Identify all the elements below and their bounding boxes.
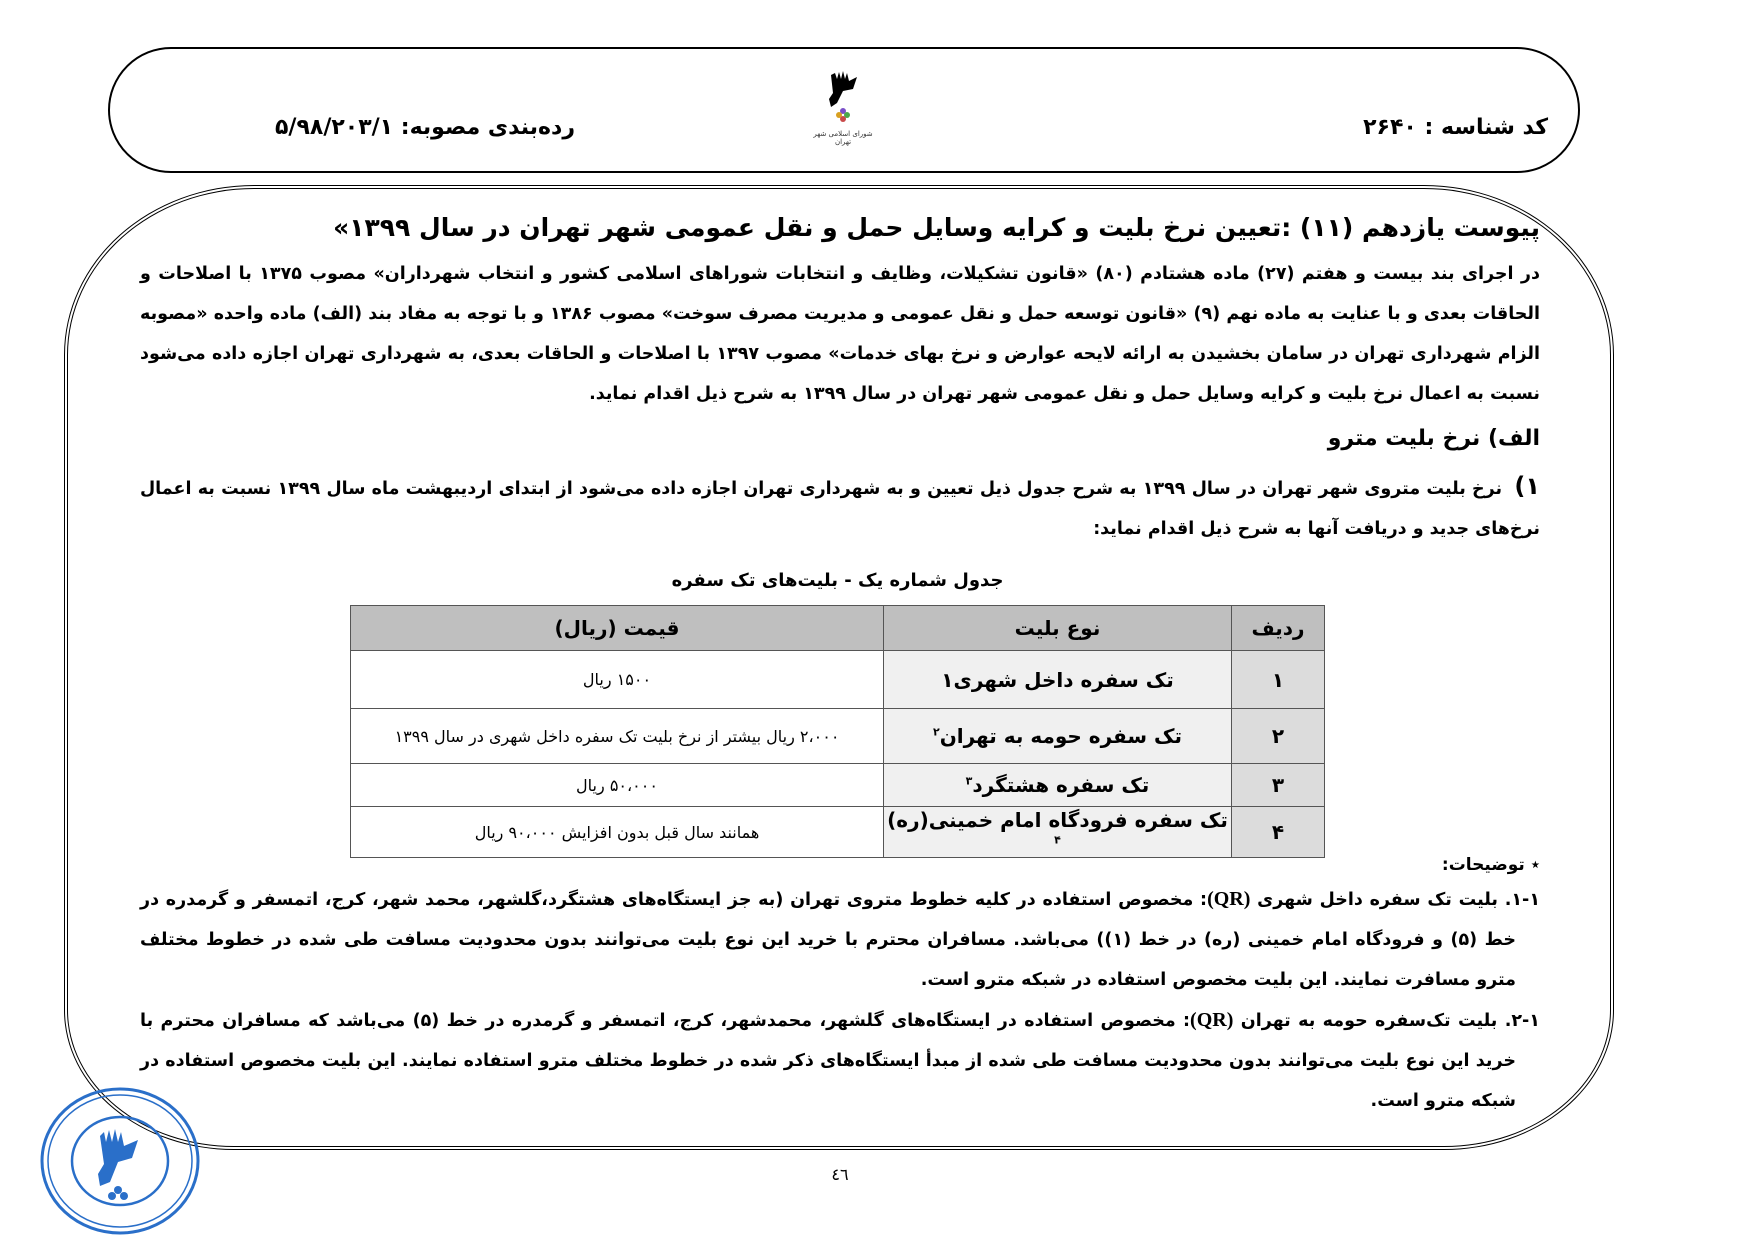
note-item: ۱-۱. بلیت تک سفره داخل شهری (QR): مخصوص …: [140, 879, 1540, 1000]
ticket-type-label: تک سفره فرودگاه امام خمینی(ره): [887, 808, 1228, 832]
id-code: کد شناسه : ۲۶۴۰: [1363, 115, 1548, 140]
note-item: ۲-۱. بلیت تک‌سفره حومه به تهران (QR): مخ…: [140, 1000, 1540, 1121]
fare-table: ردیف نوع بلیت قیمت (ریال) ۱ تک سفره داخل…: [350, 605, 1325, 858]
notes-title: ٭ توضیحات:: [140, 855, 1540, 875]
item-1: ۱) نرخ بلیت متروی شهر تهران در سال ۱۳۹۹ …: [140, 466, 1540, 549]
row-number: ۲: [1232, 709, 1325, 764]
note-qr: (QR): [1207, 888, 1250, 910]
classification-label: رده‌بندی مصوبه:: [401, 115, 575, 140]
table-row: ۳ تک سفره هشتگرد۳ ۵۰،۰۰۰ ریال: [351, 764, 1325, 807]
footnote-marker: ۲: [933, 725, 940, 738]
item-1-text: نرخ بلیت متروی شهر تهران در سال ۱۳۹۹ به …: [140, 479, 1540, 539]
id-code-value: ۲۶۴۰: [1363, 115, 1417, 140]
ticket-price: ۱۵۰۰ ریال: [351, 651, 884, 709]
classification: رده‌بندی مصوبه: ۵/۹۸/۲۰۳/۱: [275, 115, 575, 140]
row-number: ۴: [1232, 807, 1325, 858]
ticket-type-label: تک سفره حومه به تهران: [940, 724, 1182, 748]
header-ticket-type: نوع بلیت: [884, 606, 1232, 651]
council-logo-icon: [823, 69, 863, 124]
id-code-label: کد شناسه :: [1425, 115, 1548, 140]
note-label: ۱-۱. بلیت تک سفره داخل شهری: [1257, 890, 1540, 910]
section-a-title: الف) نرخ بلیت مترو: [140, 422, 1540, 456]
council-seal-icon: [38, 1086, 203, 1236]
logo-caption: شورای اسلامی شهر تهران: [813, 130, 873, 146]
classification-value: ۵/۹۸/۲۰۳/۱: [275, 115, 393, 140]
item-1-number: ۱): [1514, 472, 1540, 500]
ticket-type: تک سفره داخل شهری۱: [884, 651, 1232, 709]
table-caption: جدول شماره یک - بلیت‌های تک سفره: [350, 570, 1325, 591]
ticket-type-label: تک سفره داخل شهری۱: [941, 668, 1173, 692]
ticket-price: همانند سال قبل بدون افزایش ۹۰،۰۰۰ ریال: [351, 807, 884, 858]
document-body: پیوست یازدهم (۱۱) :تعیین نرخ بلیت و کرای…: [140, 210, 1540, 549]
table-header-row: ردیف نوع بلیت قیمت (ریال): [351, 606, 1325, 651]
note-qr: (QR): [1190, 1009, 1233, 1031]
row-number: ۳: [1232, 764, 1325, 807]
footnote-marker: ۴: [1054, 833, 1061, 846]
intro-paragraph: در اجرای بند بیست و هفتم (۲۷) ماده هشتاد…: [140, 254, 1540, 414]
table-row: ۴ تک سفره فرودگاه امام خمینی(ره) ۴ همانن…: [351, 807, 1325, 858]
ticket-type: تک سفره هشتگرد۳: [884, 764, 1232, 807]
ticket-price: ۵۰،۰۰۰ ریال: [351, 764, 884, 807]
ticket-price: ۲،۰۰۰ ریال بیشتر از نرخ بلیت تک سفره داخ…: [351, 709, 884, 764]
ticket-type: تک سفره حومه به تهران۲: [884, 709, 1232, 764]
document-title: پیوست یازدهم (۱۱) :تعیین نرخ بلیت و کرای…: [140, 210, 1540, 246]
table-row: ۱ تک سفره داخل شهری۱ ۱۵۰۰ ریال: [351, 651, 1325, 709]
header-row-number: ردیف: [1232, 606, 1325, 651]
table-row: ۲ تک سفره حومه به تهران۲ ۲،۰۰۰ ریال بیشت…: [351, 709, 1325, 764]
council-logo: شورای اسلامی شهر تهران: [813, 69, 873, 149]
header-price: قیمت (ریال): [351, 606, 884, 651]
note-label: ۲-۱. بلیت تک‌سفره حومه به تهران: [1241, 1011, 1540, 1031]
ticket-type: تک سفره فرودگاه امام خمینی(ره) ۴: [884, 807, 1232, 858]
page-number: ٤٦: [820, 1165, 860, 1184]
ticket-type-label: تک سفره هشتگرد: [972, 773, 1149, 797]
notes-section: ٭ توضیحات: ۱-۱. بلیت تک سفره داخل شهری (…: [140, 855, 1540, 1121]
row-number: ۱: [1232, 651, 1325, 709]
header-box: کد شناسه : ۲۶۴۰ شورای اسلامی شهر تهران ر…: [108, 47, 1580, 173]
